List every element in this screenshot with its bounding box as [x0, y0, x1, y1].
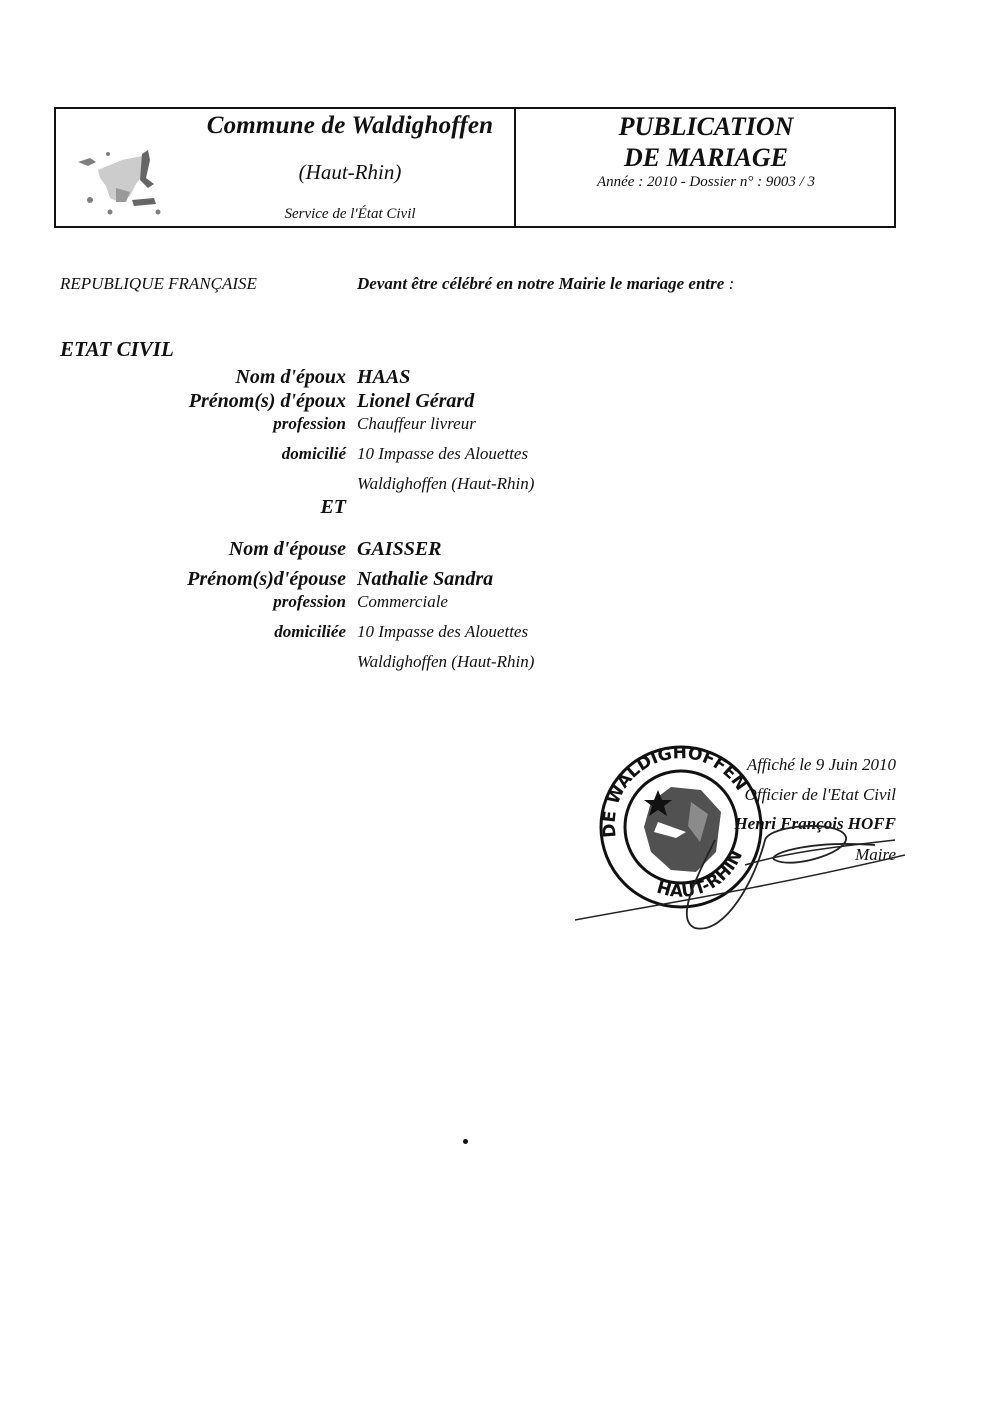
- intro-text: Devant être célébré en notre Mairie le m…: [357, 274, 734, 294]
- epouse-profession-label: profession: [273, 592, 346, 612]
- epoux-profession-label: profession: [273, 414, 346, 434]
- epoux-prenom: Lionel Gérard: [357, 390, 474, 413]
- epouse-address-line2: Waldighoffen (Haut-Rhin): [357, 652, 534, 672]
- service-label: Service de l'État Civil: [190, 206, 510, 223]
- signature-icon: [575, 810, 905, 935]
- publication-title-line1: PUBLICATION: [516, 111, 896, 142]
- epoux-profession: Chauffeur livreur: [357, 414, 476, 434]
- commune-title: Commune de Waldighoffen: [190, 112, 510, 140]
- publication-title: PUBLICATION DE MARIAGE: [516, 111, 896, 173]
- posted-date: Affiché le 9 Juin 2010: [747, 755, 896, 775]
- separator-et: ET: [320, 496, 346, 519]
- intro-colon: :: [724, 274, 734, 293]
- intro-text-main: Devant être célébré en notre Mairie le m…: [357, 274, 724, 293]
- epouse-domicile-label: domiciliée: [274, 622, 346, 642]
- section-title: ETAT CIVIL: [60, 337, 174, 362]
- epoux-nom: HAAS: [357, 366, 410, 389]
- epoux-domicile-label: domicilié: [282, 444, 346, 464]
- dossier-meta: Année : 2010 - Dossier n° : 9003 / 3: [516, 174, 896, 191]
- epouse-prenom-label: Prénom(s)d'épouse: [187, 568, 346, 591]
- epouse-nom-label: Nom d'épouse: [229, 538, 346, 561]
- epoux-address-line2: Waldighoffen (Haut-Rhin): [357, 474, 534, 494]
- epoux-prenom-label: Prénom(s) d'époux: [189, 390, 346, 413]
- commune-map-logo-icon: [70, 140, 170, 220]
- epoux-address-line1: 10 Impasse des Alouettes: [357, 444, 528, 464]
- epoux-nom-label: Nom d'époux: [235, 366, 346, 389]
- epouse-address-line1: 10 Impasse des Alouettes: [357, 622, 528, 642]
- republique-label: REPUBLIQUE FRANÇAISE: [60, 274, 257, 294]
- epouse-prenom: Nathalie Sandra: [357, 568, 493, 591]
- stray-mark: [463, 1139, 468, 1144]
- epouse-profession: Commerciale: [357, 592, 448, 612]
- publication-title-line2: DE MARIAGE: [516, 142, 896, 173]
- department-label: (Haut-Rhin): [190, 160, 510, 185]
- officer-title: Officier de l'Etat Civil: [745, 785, 896, 805]
- epouse-nom: GAISSER: [357, 538, 442, 561]
